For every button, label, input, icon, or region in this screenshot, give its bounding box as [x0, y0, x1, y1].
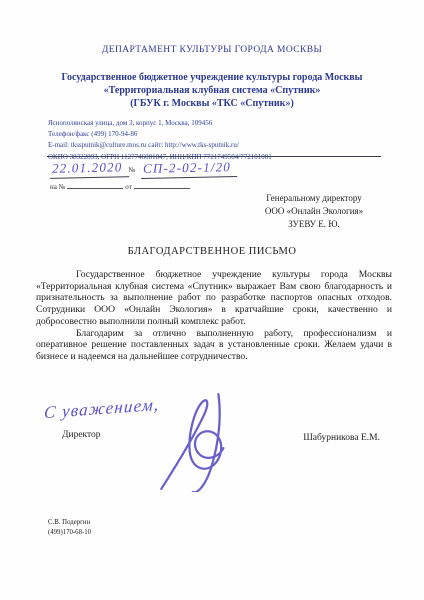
- reply-prefix-label: на №: [50, 183, 65, 191]
- executor-name: С.В. Подергин: [48, 518, 91, 528]
- reply-reference-line: на №от: [50, 181, 192, 191]
- letter-body: Государственное бюджетное учреждение кул…: [36, 269, 392, 363]
- phone-fax-line: Телефон/факс (499) 170-94-86: [48, 129, 388, 140]
- letter-page: ДЕПАРТАМЕНТ КУЛЬТУРЫ ГОРОДА МОСКВЫ Госуд…: [0, 0, 424, 600]
- letterhead-divider: [47, 156, 381, 157]
- signer-position: Директор: [62, 430, 101, 440]
- reply-date-blank: [134, 181, 190, 189]
- recipient-person: ЗУЕВУ Е. Ю.: [238, 218, 390, 231]
- body-paragraph-1: Государственное бюджетное учреждение кул…: [36, 269, 392, 328]
- letter-title: БЛАГОДАРСТВЕННОЕ ПИСЬМО: [0, 246, 424, 257]
- reference-line: 22.01.2020№ СП-2-02-1/20: [50, 159, 237, 178]
- recipient-position: Генеральному директору: [238, 192, 390, 205]
- outgoing-date-handwritten: 22.01.2020: [50, 159, 129, 179]
- outgoing-number-handwritten: СП-2-02-1/20: [141, 159, 237, 179]
- signature-autograph-icon: [148, 390, 252, 492]
- address-line: Яснополянская улица, дом 3, корпус 1, Мо…: [48, 118, 388, 129]
- recipient-company: ООО «Онлайн Экология»: [238, 205, 390, 218]
- organization-line-2: «Территориальная клубная система «Спутни…: [0, 84, 424, 97]
- closing-handwritten: С уважением,: [43, 395, 160, 423]
- executor-block: С.В. Подергин (499)170-68-10: [48, 518, 91, 537]
- recipient-block: Генеральному директору ООО «Онлайн Эколо…: [238, 192, 390, 230]
- department-title: ДЕПАРТАМЕНТ КУЛЬТУРЫ ГОРОДА МОСКВЫ: [0, 45, 424, 55]
- reply-from-label: от: [125, 183, 131, 191]
- email-site-line: E-mail: tkssputnik@culture.mos.ru сайт: …: [48, 140, 388, 151]
- executor-phone: (499)170-68-10: [48, 528, 91, 538]
- organization-name: Государственное бюджетное учреждение кул…: [0, 71, 424, 110]
- number-sign: №: [129, 166, 136, 174]
- signer-name: Шабурникова Е.М.: [303, 433, 380, 443]
- organization-line-3: (ГБУК г. Москвы «ТКС «Спутник»): [0, 97, 424, 110]
- reply-number-blank: [67, 181, 123, 189]
- organization-line-1: Государственное бюджетное учреждение кул…: [0, 71, 424, 84]
- body-paragraph-2: Благодарим за отлично выполненную работу…: [36, 328, 392, 363]
